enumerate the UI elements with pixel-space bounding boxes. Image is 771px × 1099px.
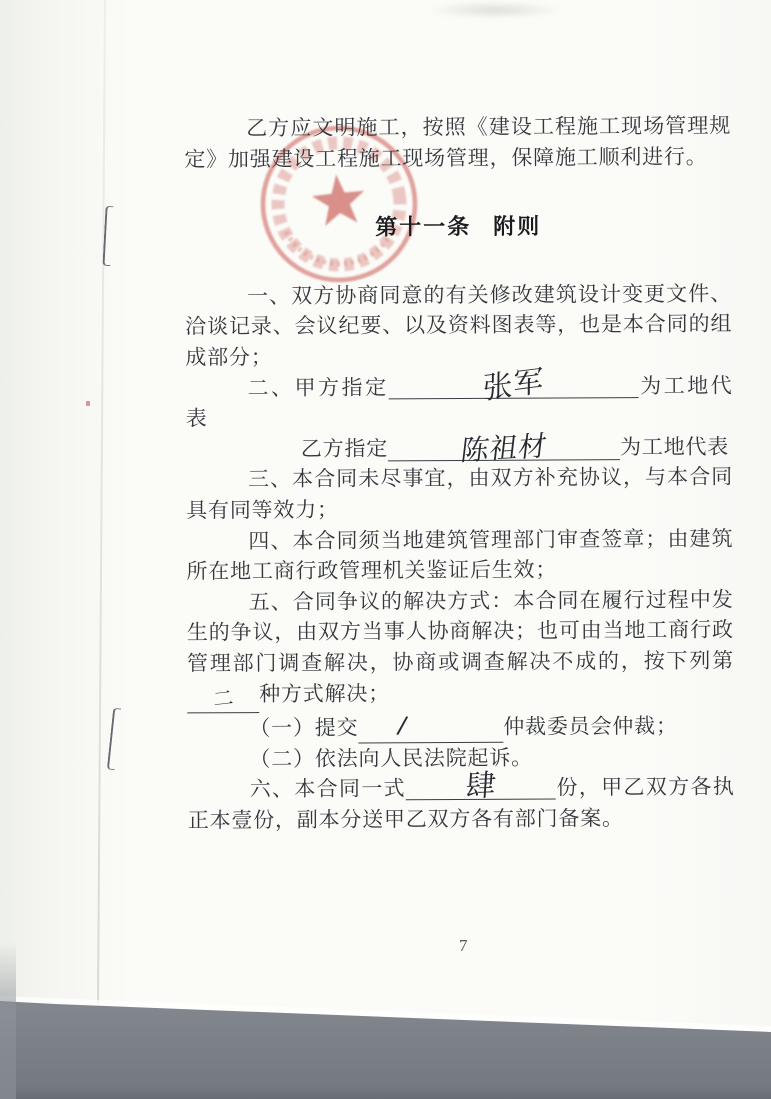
sub1-prefix: （一）提交 — [249, 715, 358, 740]
clause-1: 一、双方协商同意的有关修改建筑设计变更文件、洽谈记录、会议纪要、以及资料图表等，… — [185, 278, 732, 373]
clause-2-prefix: 二、甲方指定 — [247, 375, 388, 400]
copies-count-handwritten: 肆 — [465, 771, 498, 802]
arbitration-committee-blank: ∕ — [358, 718, 503, 743]
party-b-representative-signature: 陈祖材 — [459, 432, 549, 465]
clause-5-part2: 种方式解决； — [259, 681, 390, 706]
clause-2-party-b: 乙方指定陈祖材为工地代表 — [186, 431, 733, 464]
arbitration-blank-slash: ∕ — [396, 712, 410, 737]
copies-count-blank: 肆 — [406, 776, 556, 801]
paragraph-civilized-construction: 乙方应文明施工，按照《建设工程施工现场管理规定》加强建设工程施工现场管理，保障施… — [184, 111, 731, 175]
party-a-representative-blank: 张军 — [388, 374, 638, 399]
clause-5-sub1: （一）提交∕仲裁委员会仲裁； — [187, 710, 734, 744]
page-number: 7 — [459, 936, 468, 956]
clause-2b-prefix: 乙方指定 — [301, 436, 388, 460]
clause-3: 三、本合同未尽事宜，由双方补充协议，与本合同具有同等效力； — [186, 462, 733, 526]
clause-4: 四、本合同须当地建筑管理部门审查签章；由建筑所在地工商行政管理机关鉴证后生效； — [186, 523, 733, 587]
sub1-suffix: 仲裁委员会仲裁； — [503, 713, 678, 738]
scanned-contract-page: 乙方应文明施工，按照《建设工程施工现场管理规定》加强建设工程施工现场管理，保障施… — [0, 0, 771, 1099]
scan-speckle — [425, 1, 565, 19]
clause-6: 六、本合同一式肆份，甲乙双方各执正本壹份，副本分送甲乙双方各有部门备案。 — [188, 772, 735, 836]
article-title: 附则 — [493, 214, 541, 239]
clause-5-sub2: （二）依法向人民法院起诉。 — [187, 741, 734, 774]
scanner-shadow-left — [0, 942, 16, 1099]
ink-fleck — [86, 401, 90, 406]
article-11-heading: 第十一条附则 — [185, 211, 732, 244]
clause-5-part1: 五、合同争议的解决方式：本合同在履行过程中发生的争议，由双方当事人协商解决；也可… — [187, 587, 734, 675]
dispute-method-handwritten: 二 — [212, 687, 235, 709]
article-number: 第十一条 — [375, 214, 471, 240]
clause-2-party-a: 二、甲方指定张军为工地代表 — [185, 370, 732, 434]
party-b-representative-blank: 陈祖材 — [388, 436, 620, 461]
clause-5: 五、合同争议的解决方式：本合同在履行过程中发生的争议，由双方当事人协商解决；也可… — [187, 584, 735, 713]
party-a-representative-signature: 张军 — [483, 366, 544, 404]
clause-6-prefix: 六、本合同一式 — [250, 776, 406, 801]
staple-mark-top — [102, 206, 113, 266]
dispute-method-blank: 二 — [187, 689, 259, 713]
contract-text-column: 乙方应文明施工，按照《建设工程施工现场管理规定》加强建设工程施工现场管理，保障施… — [184, 111, 735, 836]
clause-2b-suffix: 为工地代表 — [620, 434, 729, 459]
binding-crease — [97, 0, 106, 1004]
staple-mark-bottom — [107, 708, 121, 770]
